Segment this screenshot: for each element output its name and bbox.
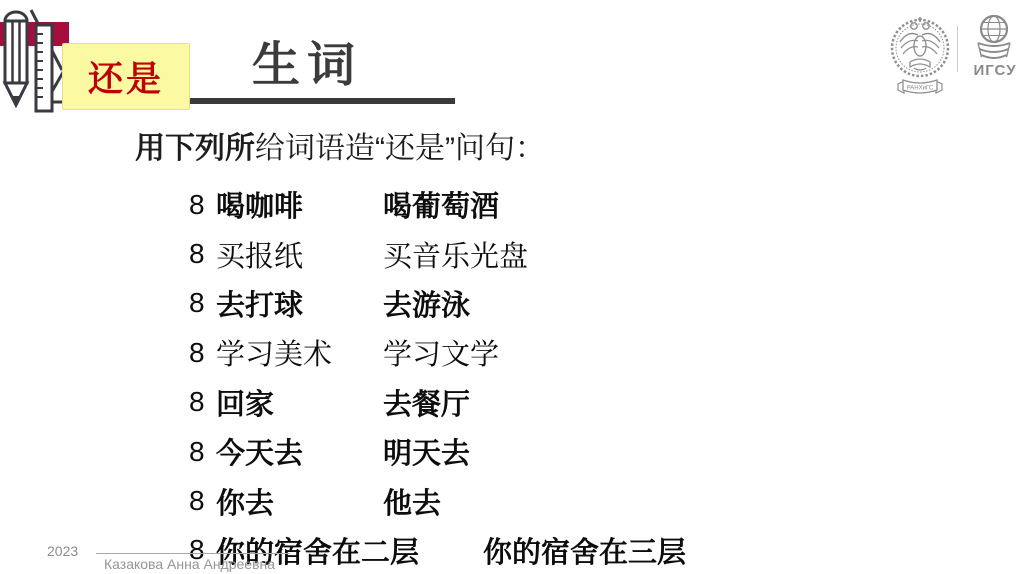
topic-badge: 还是 <box>62 43 190 110</box>
word-row: 8 喝咖啡 喝葡萄酒 <box>189 180 686 229</box>
row-option-1: 去打球 <box>216 283 383 324</box>
row-bullet: 8 <box>189 337 216 369</box>
topic-badge-label: 还是 <box>88 52 164 102</box>
row-option-1: 今天去 <box>216 431 383 472</box>
row-option-2: 去游泳 <box>383 283 470 324</box>
row-option-2: 他去 <box>383 481 441 522</box>
footer-divider <box>96 553 290 554</box>
instruction-rest: 给词语造“还是”问句： <box>255 132 545 165</box>
page-title: 生词 <box>252 26 362 95</box>
instruction-text: 用下列所给词语造“还是”问句： <box>135 123 545 167</box>
footer-author: Казакова Анна Андреевна <box>104 556 275 572</box>
word-row: 8 你去 他去 <box>189 476 686 525</box>
row-option-1: 你去 <box>216 481 383 522</box>
ranepa-ribbon-label: РАНХиГС <box>907 86 934 92</box>
row-bullet: 8 <box>189 436 216 468</box>
row-bullet: 8 <box>189 238 216 270</box>
word-pair-list: 8 喝咖啡 喝葡萄酒 8 买报纸 买音乐光盘 8 去打球 去游泳 8 学习美术 … <box>189 180 686 574</box>
title-underline <box>188 98 455 104</box>
row-option-1: 学习美术 <box>216 332 383 373</box>
igsu-logo-label: ИГСУ <box>967 62 1023 79</box>
word-row: 8 去打球 去游泳 <box>189 279 686 328</box>
row-option-1: 喝咖啡 <box>216 184 383 225</box>
word-row: 8 回家 去餐厅 <box>189 378 686 427</box>
word-row: 8 今天去 明天去 <box>189 427 686 476</box>
row-bullet: 8 <box>189 386 216 418</box>
row-option-2: 喝葡萄酒 <box>383 184 499 225</box>
row-option-2: 你的宿舍在三层 <box>483 530 686 571</box>
instruction-bold-part: 用下列所 <box>135 132 255 165</box>
row-bullet: 8 <box>189 189 216 221</box>
footer-year: 2023 <box>47 543 78 559</box>
slide: 还是 生词 用下列所给词语造“还是”问句： 8 喝咖啡 喝葡萄酒 8 买报纸 买… <box>0 0 1024 574</box>
row-option-2: 学习文学 <box>383 332 499 373</box>
logo-divider <box>957 26 958 72</box>
row-option-1: 买报纸 <box>216 234 383 275</box>
row-option-1: 回家 <box>216 382 383 423</box>
row-bullet: 8 <box>189 485 216 517</box>
word-row: 8 学习美术 学习文学 <box>189 328 686 377</box>
row-option-2: 明天去 <box>383 431 470 472</box>
igsu-globe-logo <box>966 13 1022 63</box>
word-row: 8 买报纸 买音乐光盘 <box>189 229 686 278</box>
row-option-2: 去餐厅 <box>383 382 470 423</box>
row-bullet: 8 <box>189 287 216 319</box>
ranepa-eagle-logo: РАНХиГС <box>888 10 952 98</box>
row-option-2: 买音乐光盘 <box>383 234 528 275</box>
